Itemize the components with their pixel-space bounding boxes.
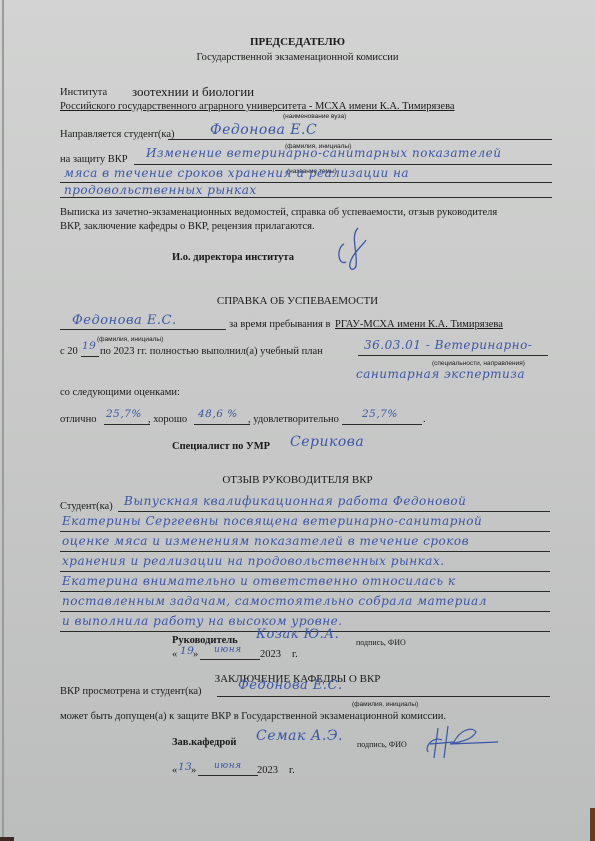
conclusion-student-field[interactable]: Федонова Е.С. bbox=[238, 678, 343, 693]
conclusion-month-underline bbox=[198, 775, 258, 776]
year-text: по 2023 гг. полностью выполнил(а) учебны… bbox=[100, 346, 323, 357]
conclusion-date-suffix: г. bbox=[289, 765, 295, 776]
specialist-signature: Серикова bbox=[290, 434, 364, 450]
review-underline-1 bbox=[118, 511, 550, 512]
stay-text: за время пребывания в bbox=[229, 319, 330, 330]
excellent-underline bbox=[104, 424, 150, 425]
year-underline bbox=[81, 356, 99, 357]
conclusion-student-caption: (фамилия, инициалы) bbox=[352, 701, 418, 708]
conclusion-date-month[interactable]: июня bbox=[214, 761, 242, 771]
review-line-3[interactable]: оценке мяса и изменениям показателей в т… bbox=[62, 534, 469, 548]
table-edge bbox=[590, 808, 595, 841]
institute-label: Института bbox=[60, 87, 107, 98]
grades-label: со следующими оценками: bbox=[60, 387, 180, 398]
student-name-field[interactable]: Федонова Е.С bbox=[210, 122, 317, 138]
progress-title: СПРАВКА ОБ УСПЕВАЕМОСТИ bbox=[0, 295, 595, 307]
review-underline-2 bbox=[60, 531, 550, 532]
topic-line-3[interactable]: продовольственных рынках bbox=[64, 183, 257, 197]
institute-value: зоотехнии и биологии bbox=[132, 84, 254, 100]
director-label: И.о. директора института bbox=[172, 252, 294, 263]
good-label: , хорошо bbox=[148, 414, 187, 425]
review-title: ОТЗЫВ РУКОВОДИТЕЛЯ ВКР bbox=[0, 474, 595, 486]
supervisor-sign-caption: подпись, ФИО bbox=[356, 638, 406, 647]
review-student-label: Студент(ка) bbox=[60, 501, 113, 512]
specialty-underline bbox=[358, 355, 548, 356]
specialist-label: Специалист по УМР bbox=[172, 441, 270, 452]
review-date-close: » bbox=[193, 649, 198, 660]
admission-text: может быть допущен(а) к защите ВКР в Гос… bbox=[60, 711, 446, 722]
specialty-caption: (специальности, направления) bbox=[432, 360, 525, 367]
review-line-6[interactable]: поставленным задачам, самостоятельно соб… bbox=[62, 594, 487, 608]
progress-student-field[interactable]: Федонова Е.С. bbox=[72, 313, 177, 328]
attachments-text: Выписка из зачетно-экзаменационных ведом… bbox=[60, 207, 497, 218]
specialty-field-2[interactable]: санитарная экспертиза bbox=[356, 367, 525, 381]
topic-line-1[interactable]: Изменение ветеринарно-санитарных показат… bbox=[146, 146, 501, 160]
topic-line-2[interactable]: мяса в течение сроков хранения и реализа… bbox=[64, 166, 409, 180]
commission-subheading: Государственной экзаменационной комиссии bbox=[0, 52, 595, 63]
progress-student-caption: (фамилия, инициалы) bbox=[97, 336, 163, 343]
review-date-open: « bbox=[172, 649, 177, 660]
review-date-month[interactable]: июня bbox=[214, 645, 242, 655]
review-line-5[interactable]: Екатерина внимательно и ответственно отн… bbox=[62, 574, 456, 588]
review-underline-3 bbox=[60, 551, 550, 552]
review-underline-5 bbox=[60, 591, 550, 592]
head-sign-caption: подпись, ФИО bbox=[357, 740, 407, 749]
review-line-1[interactable]: Выпускная квалификационная работа Федоно… bbox=[124, 494, 466, 508]
addressee-heading: ПРЕДСЕДАТЕЛЮ bbox=[0, 36, 595, 48]
attachments-text-2: ВКР, заключение кафедры о ВКР, рецензия … bbox=[60, 221, 315, 232]
review-date-suffix: г. bbox=[292, 649, 298, 660]
conclusion-student-underline bbox=[217, 696, 550, 697]
review-line-7[interactable]: и выполнила работу на высоком уровне. bbox=[62, 614, 343, 628]
review-date-year: 2023 bbox=[260, 649, 281, 660]
review-month-underline bbox=[200, 659, 260, 660]
grades-end-dot: . bbox=[423, 414, 426, 425]
head-signature: Семак А.Э. bbox=[256, 728, 343, 744]
conclusion-date-close: » bbox=[191, 765, 196, 776]
satisfactory-label: , удовлетворительно bbox=[248, 414, 339, 425]
excellent-label: отлично bbox=[60, 414, 96, 425]
university-short: РГАУ-МСХА имени К.А. Тимирязева bbox=[335, 319, 503, 330]
topic-underline-1 bbox=[134, 164, 552, 165]
satisfactory-value[interactable]: 25,7% bbox=[362, 408, 398, 420]
good-underline bbox=[194, 424, 250, 425]
start-year-field[interactable]: 19 bbox=[82, 340, 96, 352]
director-signature bbox=[330, 222, 380, 272]
review-underline-4 bbox=[60, 571, 550, 572]
specialty-field-1[interactable]: 36.03.01 - Ветеринарно- bbox=[364, 338, 532, 352]
excellent-value[interactable]: 25,7% bbox=[106, 408, 142, 420]
university-name: Российского государственного аграрного у… bbox=[60, 101, 455, 112]
student-underline bbox=[168, 139, 552, 140]
good-value[interactable]: 48,6 % bbox=[198, 408, 238, 420]
head-signature-mark bbox=[420, 722, 500, 762]
topic-underline-3 bbox=[60, 197, 552, 198]
review-underline-6 bbox=[60, 611, 550, 612]
conclusion-date-year: 2023 bbox=[257, 765, 278, 776]
year-prefix: с 20 bbox=[60, 346, 78, 357]
progress-student-underline bbox=[60, 329, 226, 330]
review-line-2[interactable]: Екатерины Сергеевны посвящена ветеринарн… bbox=[62, 514, 482, 528]
review-line-4[interactable]: хранения и реализации на продовольственн… bbox=[62, 554, 445, 568]
student-label: Направляется студент(ка) bbox=[60, 129, 175, 140]
page-edge bbox=[2, 0, 4, 841]
reviewed-label: ВКР просмотрена и студент(ка) bbox=[60, 686, 202, 697]
topic-label: на защиту ВКР bbox=[60, 154, 128, 165]
table-edge-corner bbox=[0, 837, 14, 841]
university-caption: (наименование вуза) bbox=[283, 113, 346, 120]
supervisor-signature: Козак Ю.А. bbox=[256, 627, 339, 642]
head-label: Зав.кафедрой bbox=[172, 737, 236, 748]
conclusion-date-open: « bbox=[172, 765, 177, 776]
satisfactory-underline bbox=[342, 424, 422, 425]
